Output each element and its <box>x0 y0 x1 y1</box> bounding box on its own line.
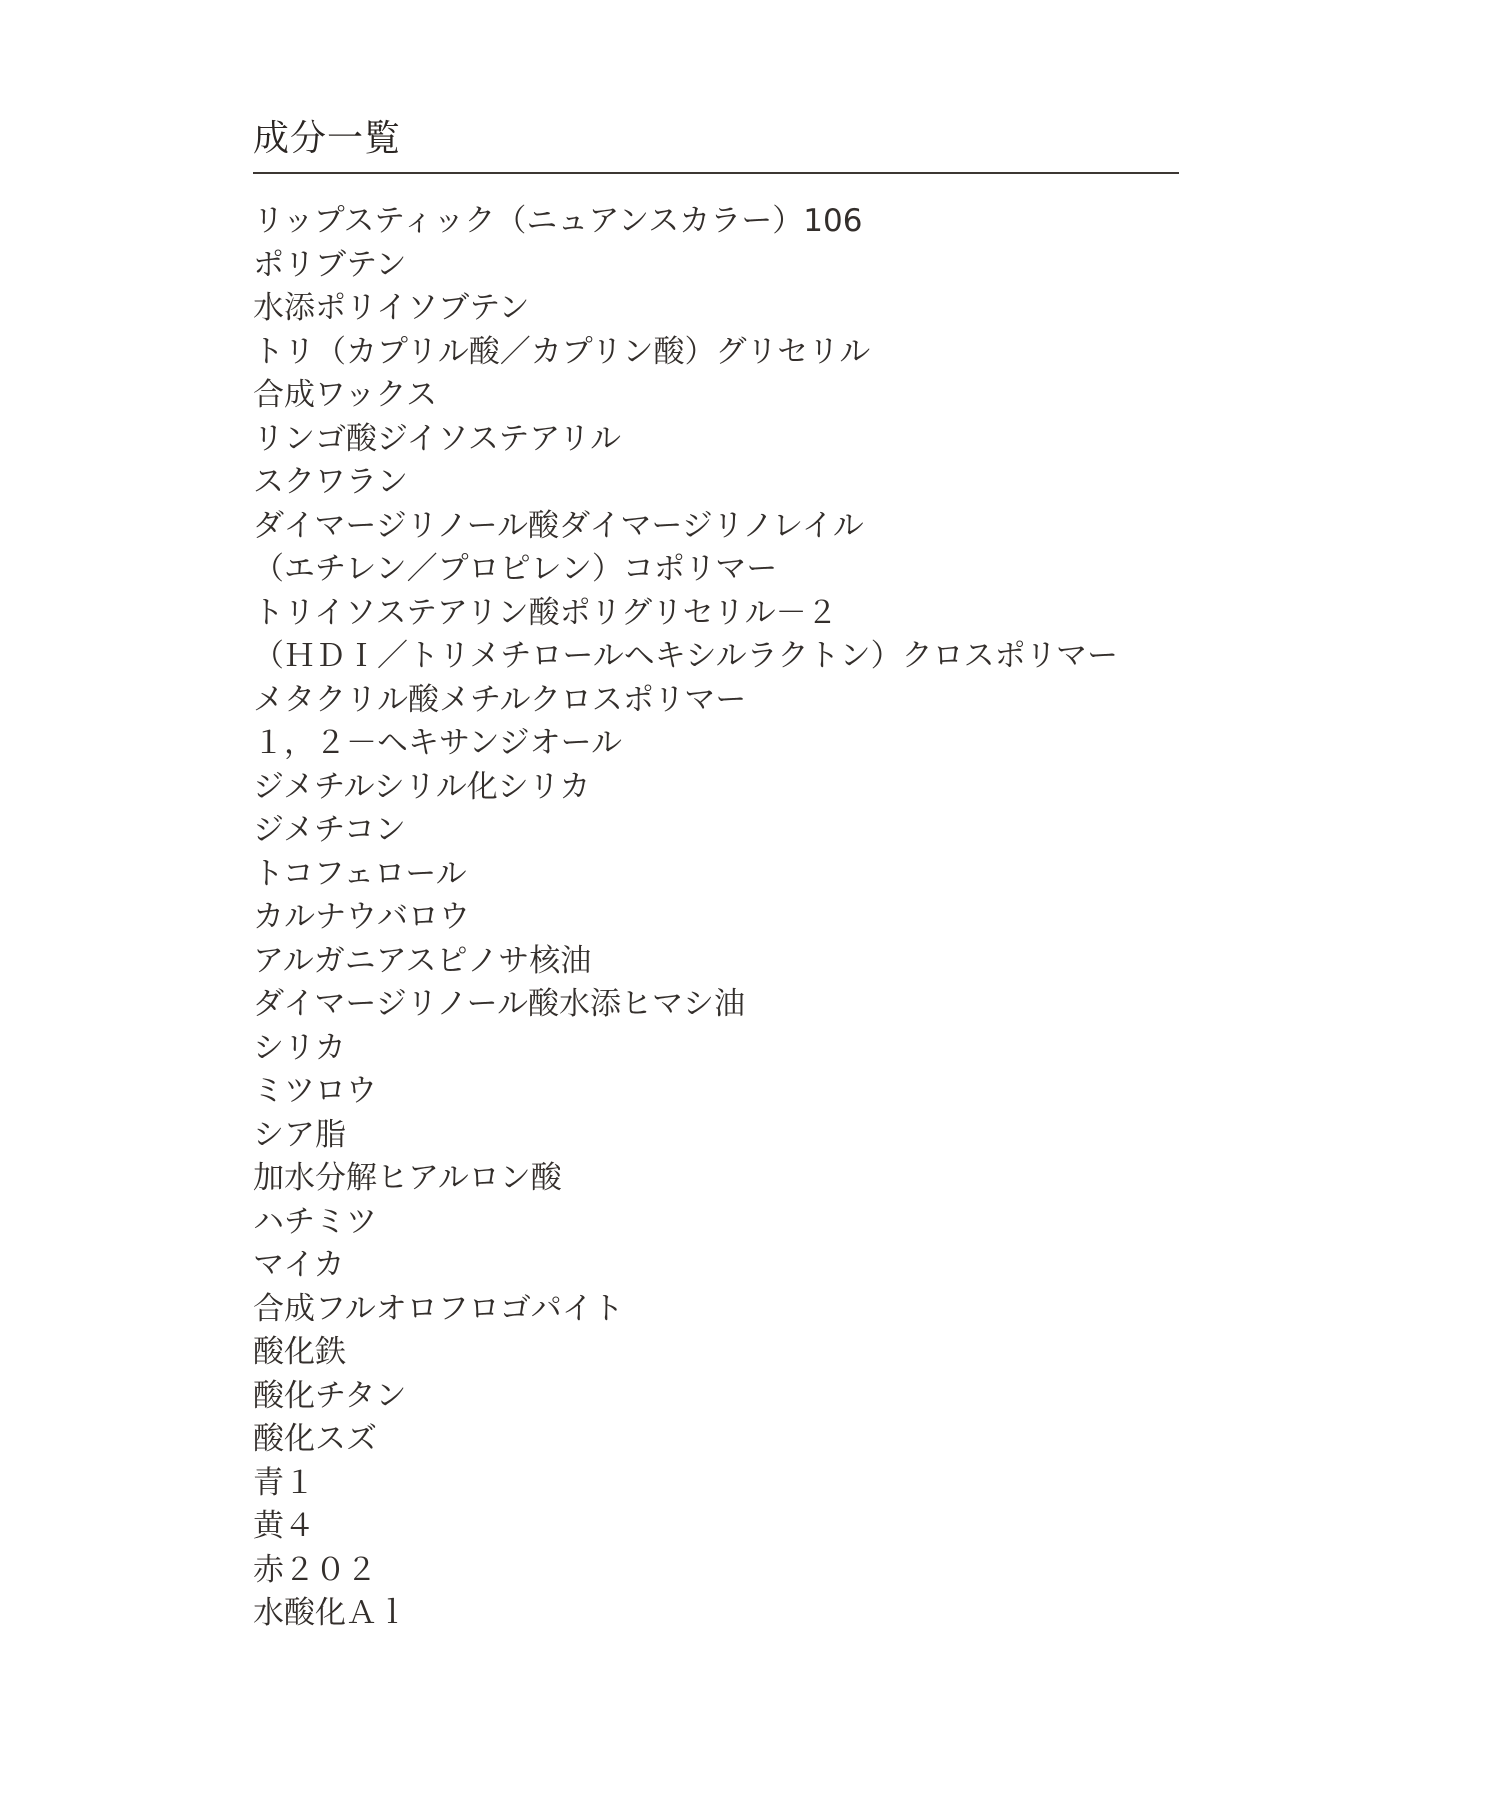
ingredient-item: トリ（カプリル酸／カプリン酸）グリセリル <box>253 327 1118 371</box>
ingredient-item: 青１ <box>253 1458 1118 1502</box>
ingredient-item: ダイマージリノール酸水添ヒマシ油 <box>253 979 1118 1023</box>
ingredient-item: 合成ワックス <box>253 370 1118 414</box>
ingredient-item: ミツロウ <box>253 1066 1118 1110</box>
ingredient-list: リップスティック（ニュアンスカラー）106 ポリブテン水添ポリイソブテントリ（カ… <box>253 196 1118 1632</box>
ingredient-item: ジメチルシリル化シリカ <box>253 762 1118 806</box>
ingredient-item: 加水分解ヒアルロン酸 <box>253 1153 1118 1197</box>
ingredient-item: ダイマージリノール酸ダイマージリノレイル <box>253 501 1118 545</box>
ingredient-item: スクワラン <box>253 457 1118 501</box>
ingredient-items: ポリブテン水添ポリイソブテントリ（カプリル酸／カプリン酸）グリセリル合成ワックス… <box>253 240 1118 1632</box>
ingredient-item: 酸化チタン <box>253 1371 1118 1415</box>
ingredient-item: 水添ポリイソブテン <box>253 283 1118 327</box>
ingredient-item: ハチミツ <box>253 1197 1118 1241</box>
ingredient-item: 酸化スズ <box>253 1414 1118 1458</box>
ingredient-item: （エチレン／プロピレン）コポリマー <box>253 544 1118 588</box>
ingredient-item: シリカ <box>253 1023 1118 1067</box>
product-name: リップスティック（ニュアンスカラー）106 <box>253 196 1118 240</box>
ingredient-item: シア脂 <box>253 1110 1118 1154</box>
ingredient-item: ジメチコン <box>253 805 1118 849</box>
ingredient-item: マイカ <box>253 1240 1118 1284</box>
ingredient-item: 黄４ <box>253 1501 1118 1545</box>
ingredient-item: 酸化鉄 <box>253 1327 1118 1371</box>
ingredient-item: ポリブテン <box>253 240 1118 284</box>
ingredient-item: アルガニアスピノサ核油 <box>253 936 1118 980</box>
ingredient-item: メタクリル酸メチルクロスポリマー <box>253 675 1118 719</box>
ingredient-item: 赤２０２ <box>253 1545 1118 1589</box>
ingredient-item: （ＨＤＩ／トリメチロールヘキシルラクトン）クロスポリマー <box>253 631 1118 675</box>
title-divider <box>253 172 1179 174</box>
ingredient-item: 合成フルオロフロゴパイト <box>253 1284 1118 1328</box>
ingredient-item: トリイソステアリン酸ポリグリセリル－２ <box>253 588 1118 632</box>
ingredient-item: １，２－ヘキサンジオール <box>253 718 1118 762</box>
ingredient-document-page: 成分一覧 リップスティック（ニュアンスカラー）106 ポリブテン水添ポリイソブテ… <box>0 0 1500 1800</box>
ingredient-item: トコフェロール <box>253 849 1118 893</box>
ingredient-item: リンゴ酸ジイソステアリル <box>253 414 1118 458</box>
ingredient-item: カルナウバロウ <box>253 892 1118 936</box>
ingredient-item: 水酸化Ａｌ <box>253 1588 1118 1632</box>
page-title: 成分一覧 <box>253 120 401 158</box>
